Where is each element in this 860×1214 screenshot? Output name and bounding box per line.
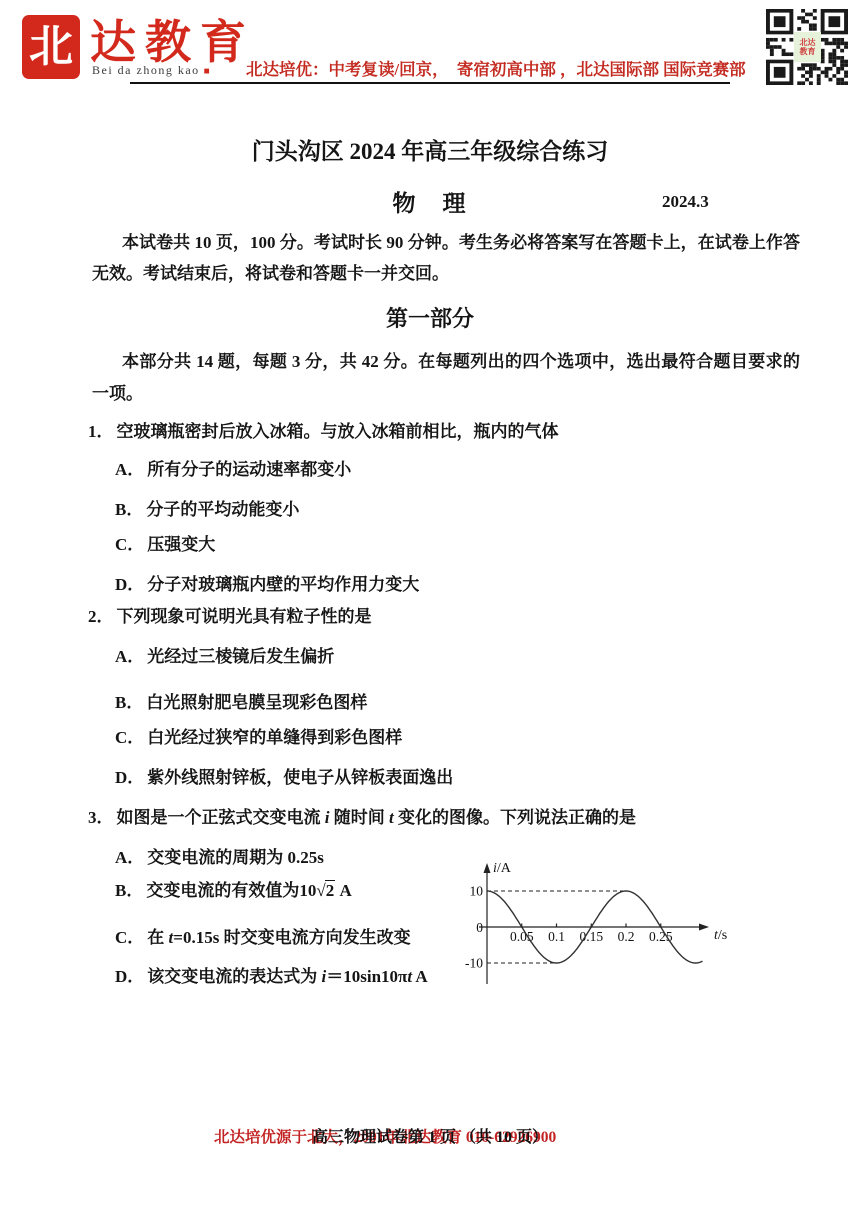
x-axis-label: t/s <box>714 928 727 943</box>
page-title: 门头沟区 2024 年高三年级综合练习 <box>0 133 860 166</box>
svg-text:0.15: 0.15 <box>579 929 603 944</box>
option-text: 交变电流的周期为 0.25s <box>147 848 324 867</box>
logo-seal-char: 北 <box>29 25 73 69</box>
question-number: 3． <box>88 808 114 827</box>
option-text-part: 在 <box>147 928 168 947</box>
q2-option-d: D．紫外线照射锌板，使电子从锌板表面逸出 <box>115 767 453 789</box>
sqrt-radicand: 2 <box>325 880 336 900</box>
q1-option-c: C．压强变大 <box>115 534 215 556</box>
q3-option-d: D．该交变电流的表达式为 i＝10sin10πt A <box>115 966 428 988</box>
option-text-part: 交变电流的有效值为10 <box>146 881 316 900</box>
question-number: 2． <box>88 607 114 626</box>
option-text: 紫外线照射锌板，使电子从锌板表面逸出 <box>147 768 453 787</box>
option-label: C． <box>115 535 144 554</box>
subject-title: 物 理 <box>0 185 860 218</box>
q2-option-a: A．光经过三棱镜后发生偏折 <box>115 646 334 668</box>
svg-text:10: 10 <box>470 884 484 899</box>
question-3-stem: 3．如图是一个正弦式交变电流 i 随时间 t 变化的图像。下列说法正确的是 <box>88 807 636 829</box>
brand-red-square-icon: ■ <box>204 66 212 77</box>
option-label: A． <box>115 647 144 666</box>
option-text-part: =0.15s 时交变电流方向发生改变 <box>173 928 410 947</box>
svg-text:0.1: 0.1 <box>548 929 565 944</box>
question-2-stem: 2．下列现象可说明光具有粒子性的是 <box>88 606 372 628</box>
svg-text:-10: -10 <box>465 956 483 971</box>
q2-option-c: C．白光经过狭窄的单缝得到彩色图样 <box>115 727 402 749</box>
option-text: 所有分子的运动速率都变小 <box>147 460 351 479</box>
option-text: 分子的平均动能变小 <box>146 500 299 519</box>
qr-center-label: 北达 教育 <box>794 32 821 62</box>
option-text: 白光经过狭窄的单缝得到彩色图样 <box>147 728 402 747</box>
intro-paragraph: 本试卷共 10 页，100 分。考试时长 90 分钟。考生务必将答案写在答题卡上… <box>92 227 800 289</box>
option-label: A． <box>115 460 144 479</box>
qr-center-line1: 北达 <box>800 38 816 47</box>
q2-option-b: B．白光照射肥皂膜呈现彩色图样 <box>115 692 367 714</box>
question-text-part: 变化的图像。下列说法正确的是 <box>394 808 636 827</box>
option-label: C． <box>115 728 144 747</box>
option-label: D． <box>115 575 144 594</box>
header-divider <box>130 82 730 84</box>
sqrt-symbol: √ <box>316 881 324 900</box>
question-text-part: 如图是一个正弦式交变电流 <box>117 808 325 827</box>
option-text: 压强变大 <box>147 535 215 554</box>
option-text: 白光照射肥皂膜呈现彩色图样 <box>146 693 367 712</box>
q3-option-b: B．交变电流的有效值为10√2 A <box>115 880 352 902</box>
question-text-part: 随时间 <box>329 808 389 827</box>
question-text: 空玻璃瓶密封后放入冰箱。与放入冰箱前相比，瓶内的气体 <box>117 422 559 441</box>
option-label: A． <box>115 848 144 867</box>
option-label: B． <box>115 693 143 712</box>
current-time-graph-svg: 0.050.10.150.20.25100-10 i/A t/s <box>452 856 772 996</box>
svg-text:0.2: 0.2 <box>618 929 635 944</box>
option-text: 光经过三棱镜后发生偏折 <box>147 647 334 666</box>
option-text-part: A <box>412 967 428 986</box>
option-text: 分子对玻璃瓶内壁的平均作用力变大 <box>147 575 419 594</box>
question-text: 下列现象可说明光具有粒子性的是 <box>117 607 372 626</box>
x-axis-arrow-icon <box>699 924 709 931</box>
logo-seal: 北 <box>22 15 80 79</box>
q1-option-d: D．分子对玻璃瓶内壁的平均作用力变大 <box>115 574 419 596</box>
brand-subtext: Bei da zhong kao■ <box>92 63 211 78</box>
part1-heading: 第一部分 <box>0 302 860 333</box>
header-slogan: 北达培优：中考复读/回京， 寄宿初高中部 ，北达国际部 国际竞赛部 <box>246 56 746 80</box>
exam-date: 2024.3 <box>662 192 709 212</box>
option-label: B． <box>115 500 143 519</box>
part1-description: 本部分共 14 题，每题 3 分，共 42 分。在每题列出的四个选项中，选出最符… <box>92 346 800 410</box>
option-text-part: ＝10sin10π <box>326 967 407 986</box>
y-axis-arrow-icon <box>484 863 491 873</box>
option-label: D． <box>115 768 144 787</box>
question-1-stem: 1．空玻璃瓶密封后放入冰箱。与放入冰箱前相比，瓶内的气体 <box>88 421 559 443</box>
option-text-part: 该交变电流的表达式为 <box>147 967 321 986</box>
y-axis-label: i/A <box>493 861 512 876</box>
exam-page: 北 达教育 Bei da zhong kao■ 北达培优：中考复读/回京， 寄宿… <box>0 0 860 1214</box>
footer-page-number: 高三物理试卷第 1 页 （共 10 页） <box>0 1124 860 1147</box>
qr-center-line2: 教育 <box>800 47 816 56</box>
q3-option-c: C．在 t=0.15s 时交变电流方向发生改变 <box>115 927 411 949</box>
question-number: 1． <box>88 422 114 441</box>
q3-option-a: A．交变电流的周期为 0.25s <box>115 847 324 869</box>
brand-subtext-label: Bei da zhong kao <box>92 63 200 77</box>
q1-option-b: B．分子的平均动能变小 <box>115 499 299 521</box>
option-text-part: A <box>335 881 352 900</box>
option-label: C． <box>115 928 144 947</box>
q1-option-a: A．所有分子的运动速率都变小 <box>115 459 351 481</box>
option-label: B． <box>115 881 143 900</box>
current-time-graph: 0.050.10.150.20.25100-10 i/A t/s <box>452 856 772 996</box>
qr-code: 北达 教育 <box>766 9 848 85</box>
option-label: D． <box>115 967 144 986</box>
